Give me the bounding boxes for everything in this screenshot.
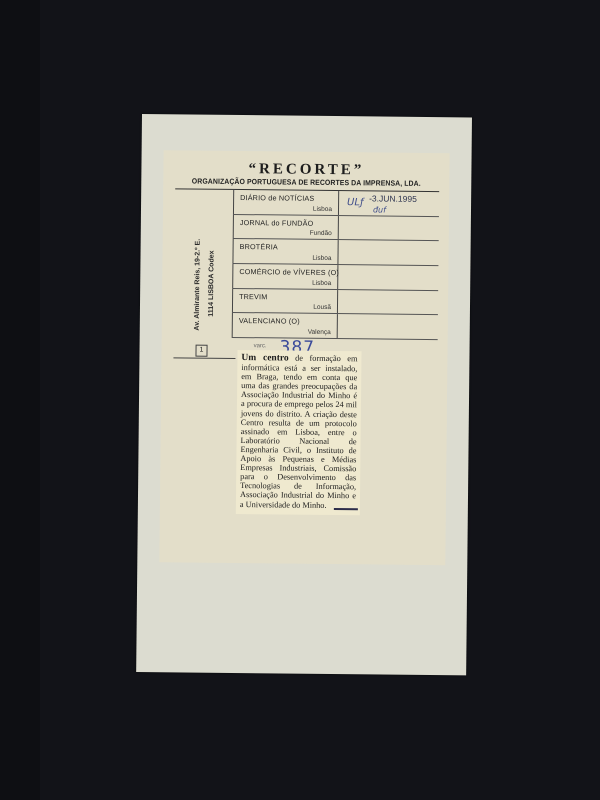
address-line-1: Av. Almirante Reis, 19-2.º E. [194,239,202,331]
publication-city: Lisboa [313,205,332,212]
clip-prefix: varc. [254,343,267,349]
publication-cell: DIÁRIO de NOTÍCIAS Lisboa [233,190,339,215]
publication-row: VALENCIANO (O) Valença [232,313,438,340]
publication-city: Lousã [313,304,331,311]
publication-cell: TREVIM Lousã [232,289,338,314]
publication-row: JORNAL do FUNDÃO Fundão [233,215,439,242]
handwritten-note: ULƒ -3.JUN.1995 đuf [343,193,439,218]
publication-title: COMÉRCIO de VÍVERES (O) [239,267,339,277]
address-block: Av. Almirante Reis, 19-2.º E. 1114 LISBO… [168,198,218,344]
publication-cell: JORNAL do FUNDÃO Fundão [233,215,339,240]
publication-title: JORNAL do FUNDÃO [240,218,314,228]
article-lead: Um centro [241,353,288,363]
publication-row: TREVIM Lousã [232,289,438,316]
newspaper-clipping: Um centro de formação em informática est… [236,350,362,515]
publication-row: COMÉRCIO de VÍVERES (O) Lisboa [232,264,438,291]
left-rule [173,357,235,359]
address-line-2: 1114 LISBOA Codex [208,250,216,316]
box-number: 1 [195,345,207,357]
publication-row: DIÁRIO de NOTÍCIAS Lisboa ULƒ -3.JUN.199… [233,190,439,217]
publication-cell: BROTÉRIA Lisboa [232,239,338,264]
recorte-sheet: “RECORTE” ORGANIZAÇÃO PORTUGUESA DE RECO… [159,150,449,565]
publication-row: BROTÉRIA Lisboa [232,239,438,266]
article-end-rule [334,508,358,510]
publication-city: Lisboa [312,255,331,262]
handwritten-initials: ULƒ [347,197,364,208]
publication-cell: COMÉRCIO de VÍVERES (O) Lisboa [232,264,338,289]
publication-city: Valença [308,329,331,336]
publication-title: DIÁRIO de NOTÍCIAS [240,193,314,203]
article-body: de formação em informática está a ser in… [240,354,358,510]
publication-title: VALENCIANO (O) [239,316,300,326]
mounting-paper: “RECORTE” ORGANIZAÇÃO PORTUGUESA DE RECO… [136,114,472,675]
publication-city: Fundão [310,230,332,237]
organization-name: ORGANIZAÇÃO PORTUGUESA DE RECORTES DA IM… [175,176,438,189]
publication-title: TREVIM [239,292,267,301]
publication-city: Lisboa [312,280,331,287]
handwritten-signature: đuf [373,205,386,214]
publications-table: DIÁRIO de NOTÍCIAS Lisboa ULƒ -3.JUN.199… [232,190,440,340]
publication-title: BROTÉRIA [240,242,278,251]
publication-cell: VALENCIANO (O) Valença [232,313,338,338]
masthead: “RECORTE” ORGANIZAÇÃO PORTUGUESA DE RECO… [163,150,449,189]
date-stamp: -3.JUN.1995 [369,193,417,203]
